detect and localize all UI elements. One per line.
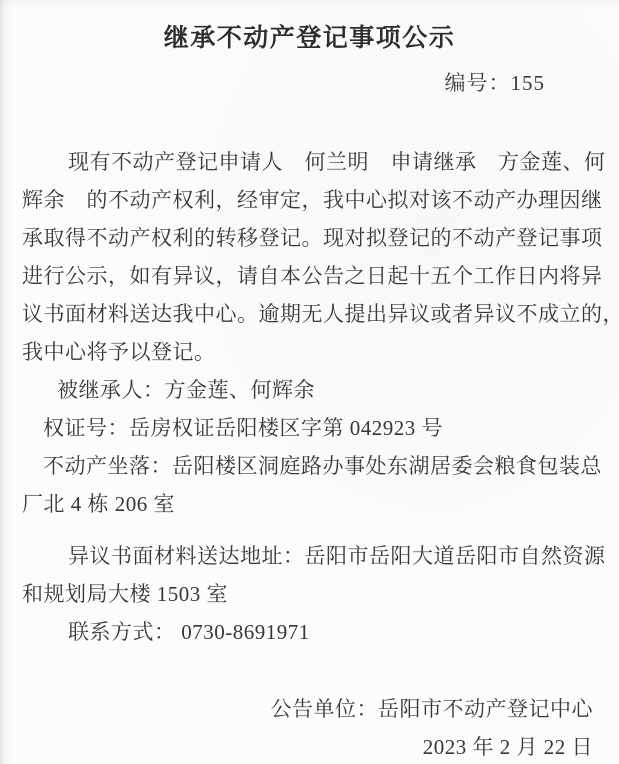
line-property-location-2: 厂北 4 栋 206 室 (22, 485, 601, 523)
spacer (0, 651, 619, 690)
body-line: 议书面材料送达我中心。逾期无人提出异议或者异议不成立的， (22, 295, 601, 333)
line-objection-address: 异议书面材料送达地址：岳阳市岳阳大道岳阳市自然资源 (22, 537, 601, 575)
footer-issuing-unit: 公告单位：岳阳市不动产登记中心 (0, 690, 593, 728)
line-decedents: 被继承人：方金莲、何辉余 (22, 371, 601, 409)
body-line: 承取得不动产权利的转移登记。现对拟登记的不动产登记事项 (22, 219, 601, 257)
footer-date: 2023 年 2 月 22 日 (0, 728, 593, 764)
line-certificate-number: 权证号：岳房权证岳阳楼区字第 042923 号 (22, 409, 601, 447)
body-line: 辉余 的不动产权利，经审定，我中心拟对该不动产办理因继 (22, 181, 601, 219)
body-line: 进行公示，如有异议，请自本公告之日起十五个工作日内将异 (22, 257, 601, 295)
body-line: 我中心将予以登记。 (22, 333, 601, 371)
line-property-location: 不动产坐落：岳阳楼区洞庭路办事处东湖居委会粮食包装总 (22, 447, 601, 485)
doc-number: 编号：155 (0, 67, 619, 97)
line-contact-phone: 联系方式： 0730-8691971 (22, 613, 601, 651)
notice-footer: 公告单位：岳阳市不动产登记中心 2023 年 2 月 22 日 (0, 690, 619, 764)
body-line-applicant: 现有不动产登记申请人 何兰明 申请继承 方金莲、何 (22, 143, 601, 181)
spacer (22, 523, 601, 537)
line-objection-address-2: 和规划局大楼 1503 室 (22, 575, 601, 613)
page-title: 继承不动产登记事项公示 (0, 0, 619, 54)
notice-body: 现有不动产登记申请人 何兰明 申请继承 方金莲、何 辉余 的不动产权利，经审定，… (0, 143, 619, 651)
document-page: 继承不动产登记事项公示 编号：155 现有不动产登记申请人 何兰明 申请继承 方… (0, 0, 619, 764)
